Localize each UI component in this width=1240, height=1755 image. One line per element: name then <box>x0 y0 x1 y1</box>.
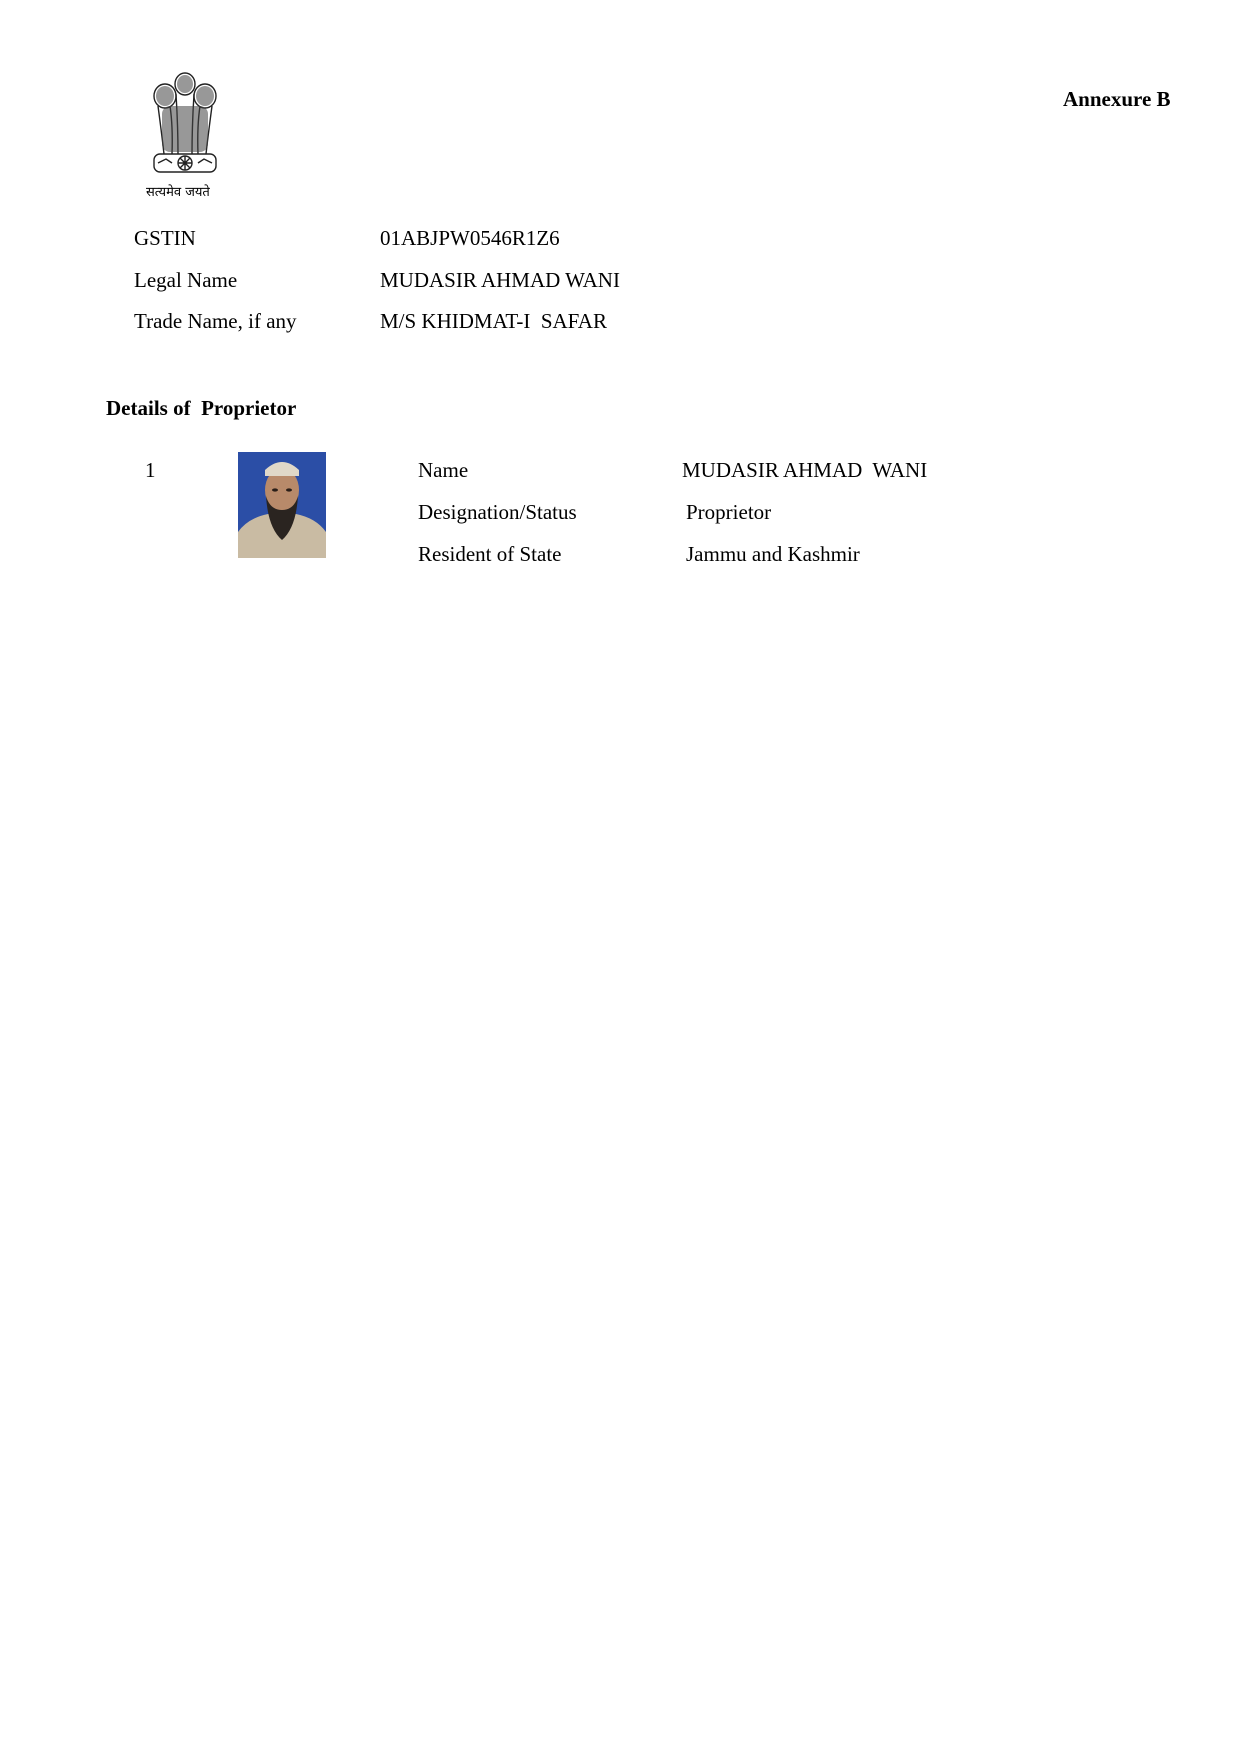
trade-name-value: M/S KHIDMAT-I SAFAR <box>380 309 607 334</box>
legal-name-value: MUDASIR AHMAD WANI <box>380 268 620 293</box>
designation-label: Designation/Status <box>418 500 577 525</box>
resident-state-label: Resident of State <box>418 542 561 567</box>
trade-name-label: Trade Name, if any <box>134 309 297 334</box>
emblem-motto: सत्यमेव जयते <box>146 182 210 200</box>
gstin-value: 01ABJPW0546R1Z6 <box>380 226 560 251</box>
legal-name-label: Legal Name <box>134 268 237 293</box>
name-value: MUDASIR AHMAD WANI <box>682 458 927 483</box>
national-emblem-icon <box>140 66 230 198</box>
entry-index: 1 <box>145 458 156 483</box>
name-label: Name <box>418 458 468 483</box>
proprietor-photo <box>238 452 326 558</box>
annexure-label: Annexure B <box>1063 87 1171 112</box>
gstin-label: GSTIN <box>134 226 196 251</box>
section-heading: Details of Proprietor <box>106 396 296 421</box>
designation-value: Proprietor <box>686 500 771 525</box>
resident-state-value: Jammu and Kashmir <box>686 542 860 567</box>
